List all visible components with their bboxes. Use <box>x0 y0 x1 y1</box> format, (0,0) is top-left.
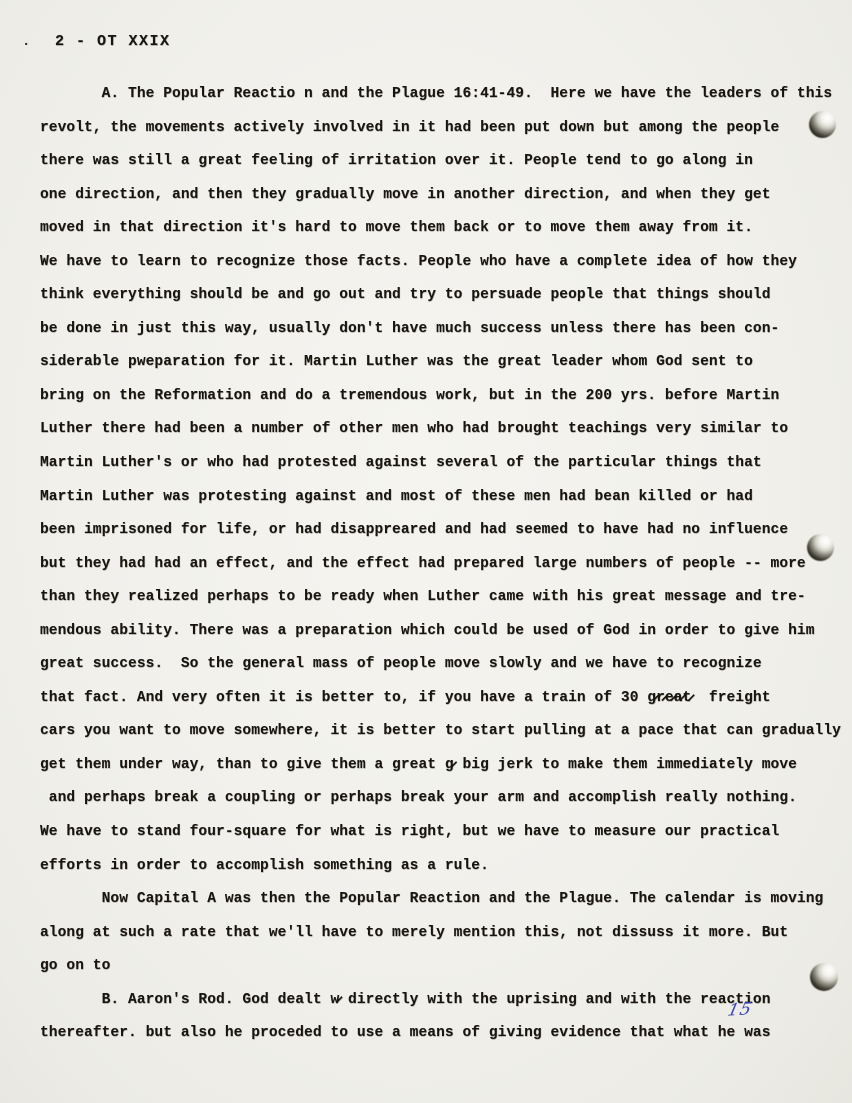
typed-text-block: A. The Popular Reactio n and the Plague … <box>40 78 845 1051</box>
text-line: revolt, the movements actively involved … <box>40 112 845 146</box>
text-line: that fact. And very often it is better t… <box>40 682 845 716</box>
text-line: get them under way, than to give them a … <box>40 749 845 783</box>
text-line: think everything should be and go out an… <box>40 279 845 313</box>
text-line: We have to learn to recognize those fact… <box>40 246 845 280</box>
text-line: Martin Luther's or who had protested aga… <box>40 447 845 481</box>
text-line: bring on the Reformation and do a tremen… <box>40 380 845 414</box>
scan-hole-shadow-sphere <box>810 963 838 991</box>
text-line: been imprisoned for life, or had disappr… <box>40 514 845 548</box>
text-line: We have to stand four-square for what is… <box>40 816 845 850</box>
text-line: moved in that direction it's hard to mov… <box>40 212 845 246</box>
text-line: siderable pweparation for it. Martin Lut… <box>40 346 845 380</box>
text-line: Now Capital A was then the Popular React… <box>40 883 845 917</box>
text-line: there was still a great feeling of irrit… <box>40 145 845 179</box>
text-line: Martin Luther was protesting against and… <box>40 481 845 515</box>
text-line: be done in just this way, usually don't … <box>40 313 845 347</box>
text-line: A. The Popular Reactio n and the Plague … <box>40 78 845 112</box>
text-line: thereafter. but also he proceded to use … <box>40 1017 845 1051</box>
text-line: one direction, and then they gradually m… <box>40 179 845 213</box>
scan-hole-shadow-sphere <box>807 534 834 561</box>
text-line: efforts in order to accomplish something… <box>40 850 845 884</box>
text-line: along at such a rate that we'll have to … <box>40 917 845 951</box>
scan-hole-shadow-sphere <box>809 111 836 138</box>
text-line: B. Aaron's Rod. God dealt w̷ directly wi… <box>40 984 845 1018</box>
page-header: 2 - OT XXIX <box>55 33 171 50</box>
text-line: and perhaps break a coupling or perhaps … <box>40 782 845 816</box>
stray-ink-mark: . <box>22 34 30 50</box>
text-line: cars you want to move somewhere, it is b… <box>40 715 845 749</box>
text-line: go on to <box>40 950 845 984</box>
text-line: great success. So the general mass of pe… <box>40 648 845 682</box>
handwritten-page-number: 15 <box>726 999 754 1021</box>
text-line: but they had had an effect, and the effe… <box>40 548 845 582</box>
text-line: Luther there had been a number of other … <box>40 413 845 447</box>
text-line: than they realized perhaps to be ready w… <box>40 581 845 615</box>
scanned-document-page: . 2 - OT XXIX A. The Popular Reactio n a… <box>0 0 852 1103</box>
text-line: mendous ability. There was a preparation… <box>40 615 845 649</box>
